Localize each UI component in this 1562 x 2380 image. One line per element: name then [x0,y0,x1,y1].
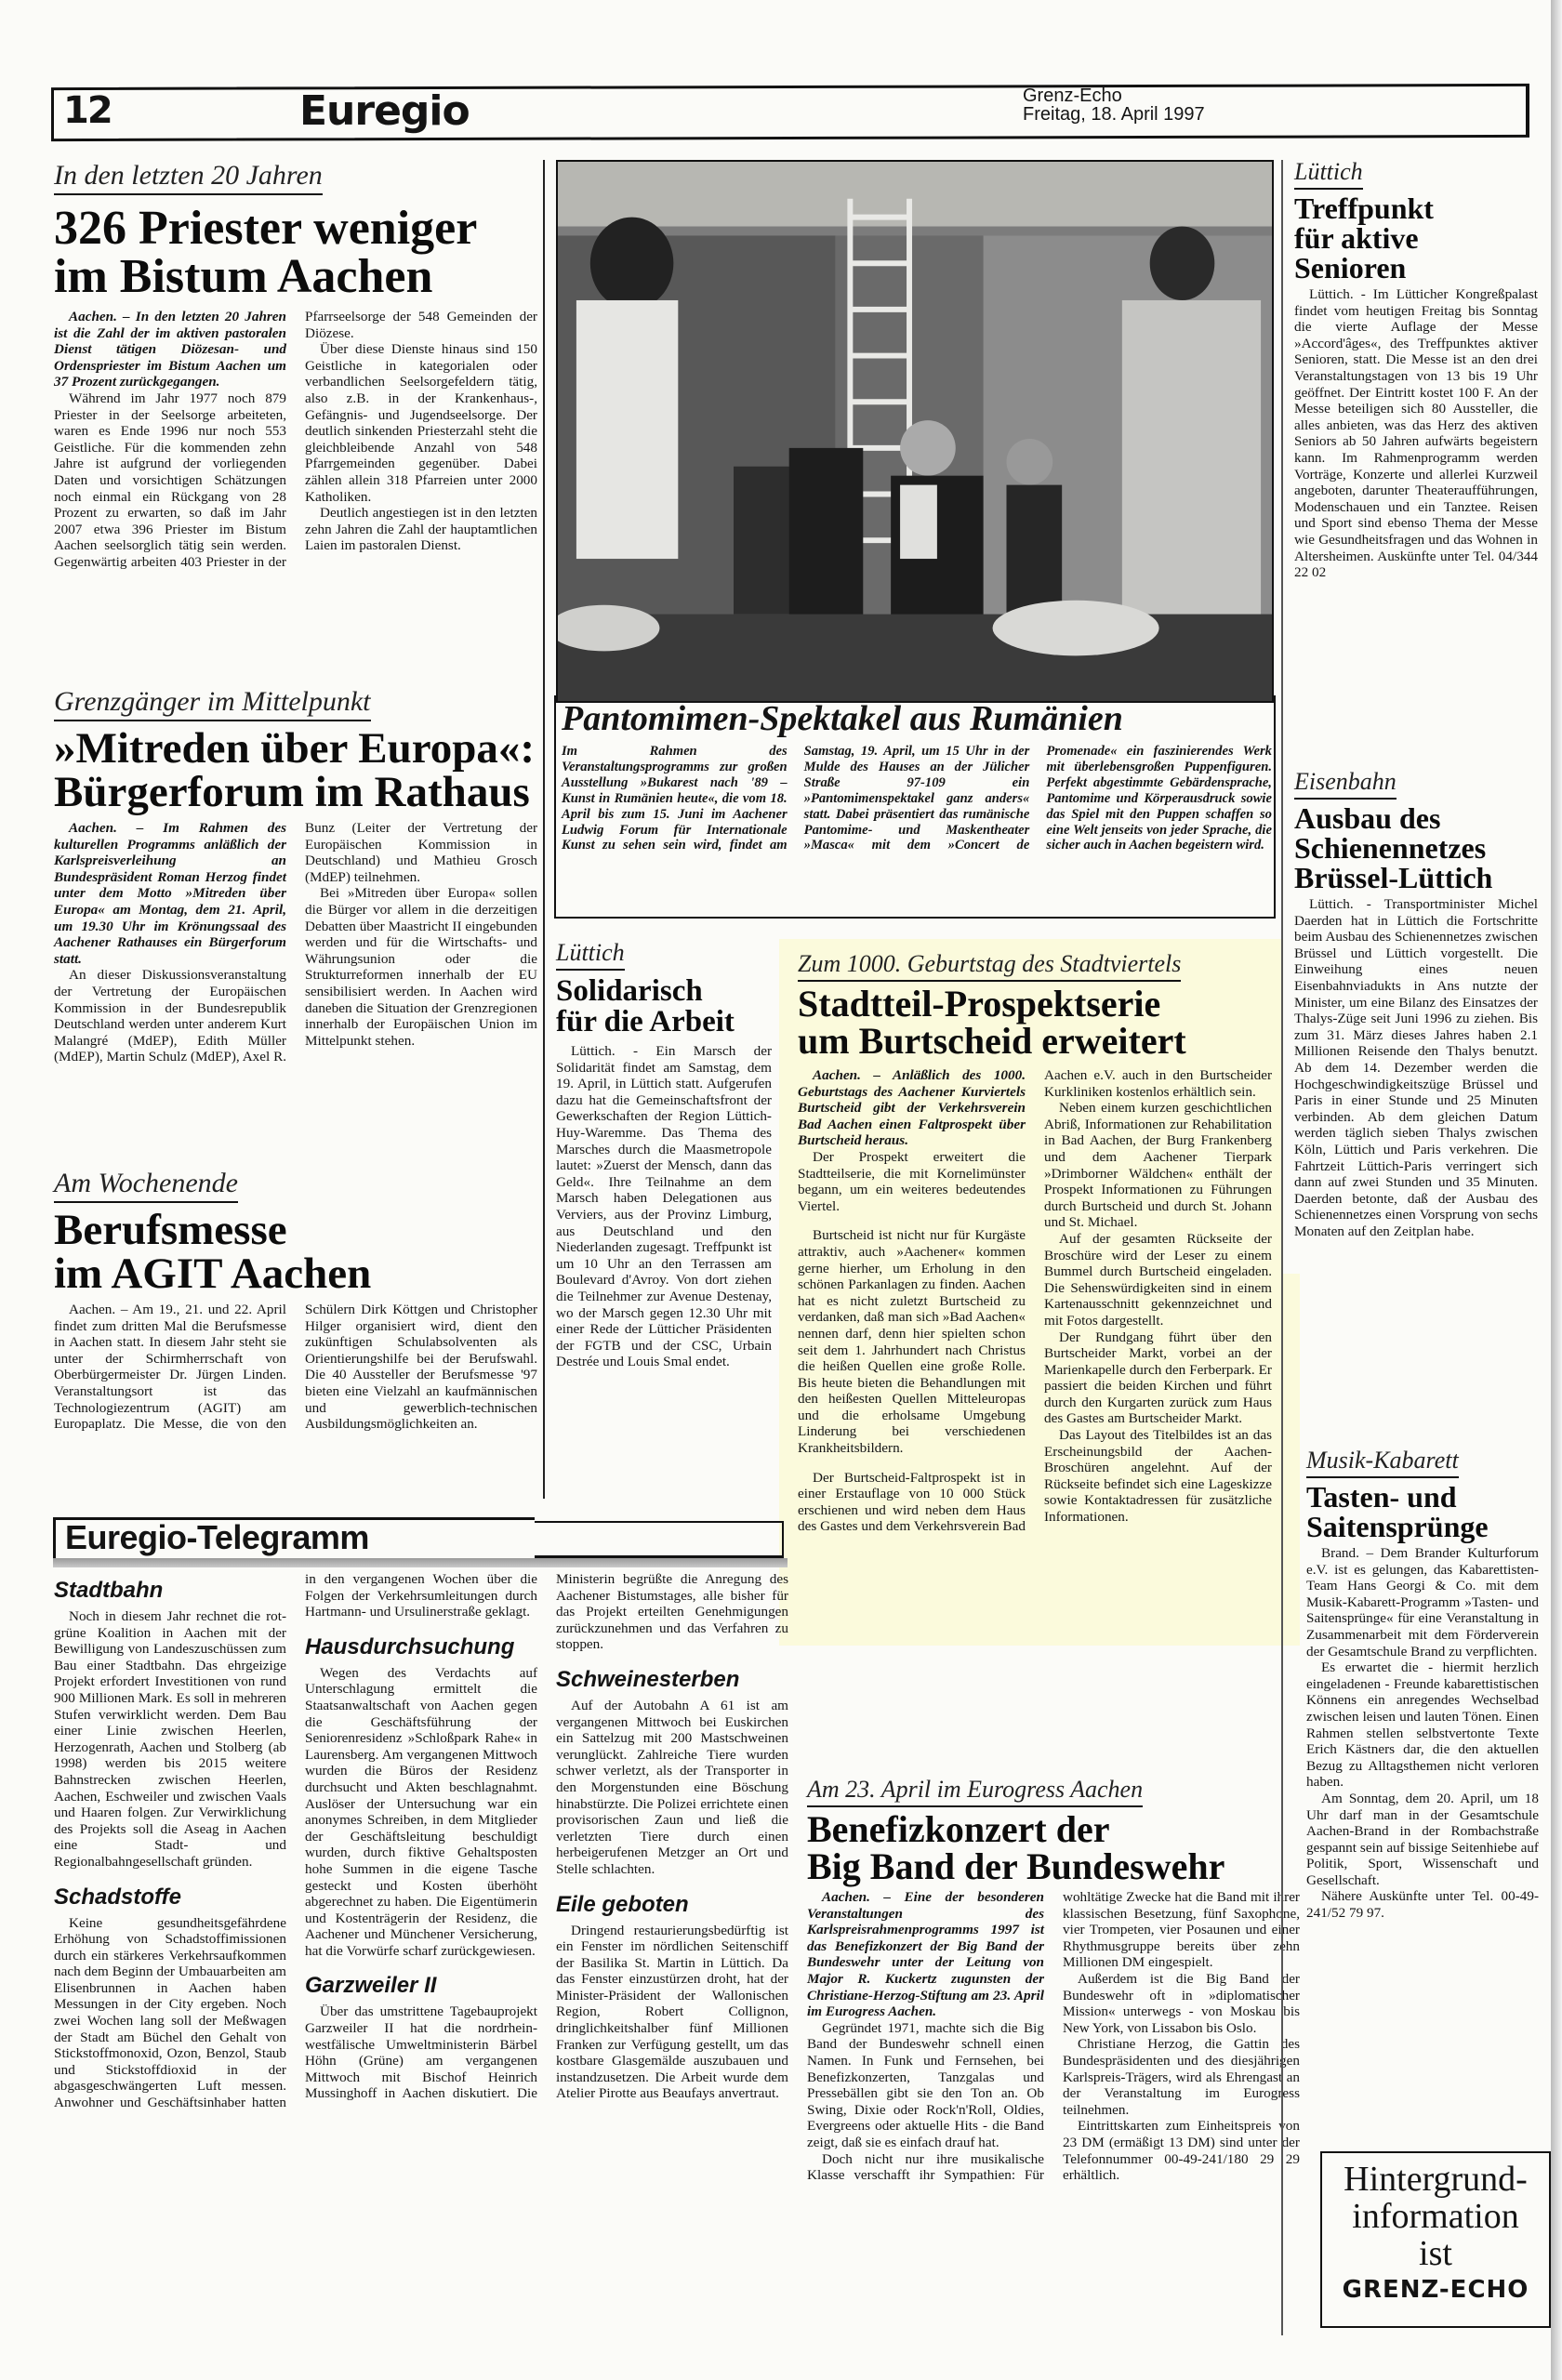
telegramm-item-head: Schadstoffe [54,1884,286,1911]
ad-brand-logo: GRENZ-ECHO [1322,2274,1549,2306]
page-number: 12 [63,89,112,132]
ad-line: Hintergrund- [1322,2161,1549,2198]
paragraph: Über diese Dienste hinaus sind 150 Geist… [305,341,537,505]
headline-line: Saitensprünge [1306,1512,1539,1541]
column-rule [1281,160,1283,2335]
article-body: Aachen. – In den letzten 20 Jahren ist d… [54,309,537,699]
telegramm-item-head: Garzweiler II [305,1972,537,2000]
paragraph: Christiane Herzog, die Gattin des Bundes… [1063,2036,1300,2118]
headline: »Mitreden über Europa«: Bürgerforum im R… [54,727,537,814]
kicker: Am Wochenende [54,1168,238,1203]
article-burtscheid: Zum 1000. Geburtstag des Stadtviertels S… [798,950,1272,1644]
paragraph: Lüttich. - Im Lütticher Kongreßpalast fi… [1294,286,1538,581]
paragraph: Burtscheid ist nicht nur für Kurgäste at… [798,1227,1026,1456]
headline-line: Brüssel-Lüttich [1294,863,1538,892]
kicker: Eisenbahn [1294,768,1397,800]
telegramm-item-head: Eile geboten [556,1891,788,1919]
paragraph: Eintrittskarten zum Einheitspreis von 23… [1063,2118,1300,2183]
telegramm-shadow [53,1558,788,1567]
masthead-frame [51,84,1529,141]
column-rule [543,160,545,1499]
paragraph: Das Layout des Titelbildes ist an das Er… [1044,1427,1272,1526]
publication-name: Grenz-Echo [1023,86,1205,105]
article-body: Aachen. – Eine der besonderen Veranstalt… [807,1889,1300,2335]
telegramm-item: Schweinesterben Auf der Autobahn A 61 is… [556,1666,788,1878]
photo-caption-body: Im Rahmen des Veranstaltungsprogramms zu… [562,744,1272,915]
telegramm-item-text: Noch in diesem Jahr rechnet die rot-grün… [54,1608,286,1871]
paragraph: Der Rundgang führt über den Burtscheider… [1044,1329,1272,1428]
article-mitreden: Grenzgänger im Mittelpunkt »Mitreden übe… [54,686,537,1178]
telegramm-item-text: Auf der Autobahn A 61 ist am vergangenen… [556,1698,788,1878]
lead-paragraph: Aachen. – In den letzten 20 Jahren ist d… [54,309,286,390]
headline: Berufsmesse im AGIT Aachen [54,1209,537,1296]
kicker: Lüttich [1294,158,1363,190]
publication-date: Freitag, 18. April 1997 [1023,105,1205,124]
telegramm-item-head: Stadtbahn [54,1577,286,1605]
telegramm-title: Euregio-Telegramm [65,1517,369,1558]
telegramm-item: Eile geboten Dringend restaurierungsbedü… [556,1891,788,2103]
headline: Solidarisch für die Arbeit [556,976,772,1038]
headline-line: um Burtscheid erweitert [798,1023,1272,1060]
telegramm-item: Hausdurchsuchung Wegen des Verdachts auf… [305,1633,537,1960]
telegramm-frame-right [535,1521,784,1558]
headline: Ausbau des Schienennetzes Brüssel-Lüttic… [1294,803,1538,892]
ad-line: ist [1322,2235,1549,2272]
article-bigband: Am 23. April im Eurogress Aachen Benefiz… [807,1776,1300,2335]
article-berufsmesse: Am Wochenende Berufsmesse im AGIT Aachen… [54,1168,537,1497]
headline-line: für aktive [1294,223,1538,253]
paragraph: Der Prospekt erweitert die Stadtteilseri… [798,1149,1026,1214]
headline-line: Solidarisch [556,976,772,1007]
kicker: Grenzgänger im Mittelpunkt [54,686,371,721]
telegramm-item-head: Schweinesterben [556,1666,788,1694]
headline-line: 326 Priester weniger [54,205,537,253]
telegramm-item: Stadtbahn Noch in diesem Jahr rechnet di… [54,1577,286,1871]
section-title: Euregio [299,87,470,135]
paragraph: Brand. – Dem Brander Kulturforum e.V. is… [1306,1545,1539,1659]
headline-line: Treffpunkt [1294,193,1538,223]
article-priester: In den letzten 20 Jahren 326 Priester we… [54,160,537,699]
headline-line: »Mitreden über Europa«: [54,727,537,771]
paragraph: Aachen. – Am 19., 21. und 22. April find… [54,1302,537,1433]
headline-line: im AGIT Aachen [54,1252,537,1296]
headline: Stadtteil-Prospektserie um Burtscheid er… [798,985,1272,1060]
headline: Tasten- und Saitensprünge [1306,1482,1539,1541]
paragraph: Neben einem kurzen geschichtlichen Abriß… [1044,1100,1272,1231]
headline-line: Ausbau des [1294,803,1538,833]
headline: Benefizkonzert der Big Band der Bundeswe… [807,1811,1300,1885]
headline-line: Bürgerforum im Rathaus [54,771,537,814]
stage-photo-illustration [558,162,1272,701]
headline-line: Big Band der Bundeswehr [807,1848,1300,1885]
paragraph: Lüttich. - Transportminister Michel Daer… [1294,896,1538,1239]
paragraph: Es erwartet die - hiermit herzlich einge… [1306,1659,1539,1791]
paragraph: Nähere Auskünfte unter Tel. 00-49-241/52… [1306,1888,1539,1921]
article-body: Aachen. – Im Rahmen des kulturellen Prog… [54,820,537,1178]
article-kabarett: Musik-Kabarett Tasten- und Saitensprünge… [1306,1447,1539,1922]
ad-line: information [1322,2198,1549,2235]
paragraph: Deutlich angestiegen ist in den letzten … [305,505,537,554]
article-senioren: Lüttich Treffpunkt für aktive Senioren L… [1294,158,1538,581]
photo-caption-title: Pantomimen-Spektakel aus Rumänien [562,699,1123,738]
article-body: Aachen. – Anläßlich des 1000. Geburtstag… [798,1067,1272,1644]
kicker: Lüttich [556,939,625,971]
paragraph: Am Sonntag, dem 20. April, um 18 Uhr dar… [1306,1791,1539,1889]
headline-line: für die Arbeit [556,1007,772,1038]
photo-pantomime [556,160,1274,703]
headline-line: Senioren [1294,253,1538,283]
caption-text: Im Rahmen des Veranstaltungsprogramms zu… [562,744,1272,853]
telegramm-body: Stadtbahn Noch in diesem Jahr rechnet di… [54,1571,788,2352]
lead-paragraph: Aachen. – Anläßlich des 1000. Geburtstag… [798,1067,1026,1149]
article-body: Aachen. – Am 19., 21. und 22. April find… [54,1302,537,1497]
advertisement-box: Hintergrund- information ist GRENZ-ECHO [1320,2151,1551,2328]
kicker: Am 23. April im Eurogress Aachen [807,1776,1143,1807]
headline-line: Stadtteil-Prospektserie [798,985,1272,1023]
headline-line: im Bistum Aachen [54,253,537,301]
article-solidarisch: Lüttich Solidarisch für die Arbeit Lütti… [556,939,772,1370]
lead-paragraph: Aachen. – Eine der besonderen Veranstalt… [807,1889,1044,2020]
paragraph: Gegründet 1971, machte sich die Big Band… [807,2020,1044,2151]
headline: 326 Priester weniger im Bistum Aachen [54,205,537,301]
headline: Treffpunkt für aktive Senioren [1294,193,1538,283]
telegramm-item-text: Dringend restaurierungsbedürftig ist ein… [556,1923,788,2103]
page-edge-shadow [1551,0,1562,2380]
paragraph: Auf der gesamten Rückseite der Broschüre… [1044,1231,1272,1329]
paragraph: Bei »Mitreden über Europa« sollen die Bü… [305,885,537,1049]
headline-line: Berufsmesse [54,1209,537,1252]
headline-line: Benefizkonzert der [807,1811,1300,1848]
kicker: In den letzten 20 Jahren [54,160,323,195]
telegramm-item-text: Wegen des Verdachts auf Unterschlagung e… [305,1665,537,1960]
headline-line: Tasten- und [1306,1482,1539,1512]
kicker: Zum 1000. Geburtstag des Stadtviertels [798,950,1181,982]
lead-paragraph: Aachen. – Im Rahmen des kulturellen Prog… [54,820,286,967]
paragraph: Lüttich. - Ein Marsch der Solidarität fi… [556,1043,772,1370]
paragraph: Außerdem ist die Big Band der Bundeswehr… [1063,1971,1300,2036]
headline-line: Schienennetzes [1294,833,1538,863]
telegramm-item-head: Hausdurchsuchung [305,1633,537,1661]
article-eisenbahn: Eisenbahn Ausbau des Schienennetzes Brüs… [1294,768,1538,1239]
publication-info: Grenz-Echo Freitag, 18. April 1997 [1023,86,1205,124]
kicker: Musik-Kabarett [1306,1447,1459,1478]
